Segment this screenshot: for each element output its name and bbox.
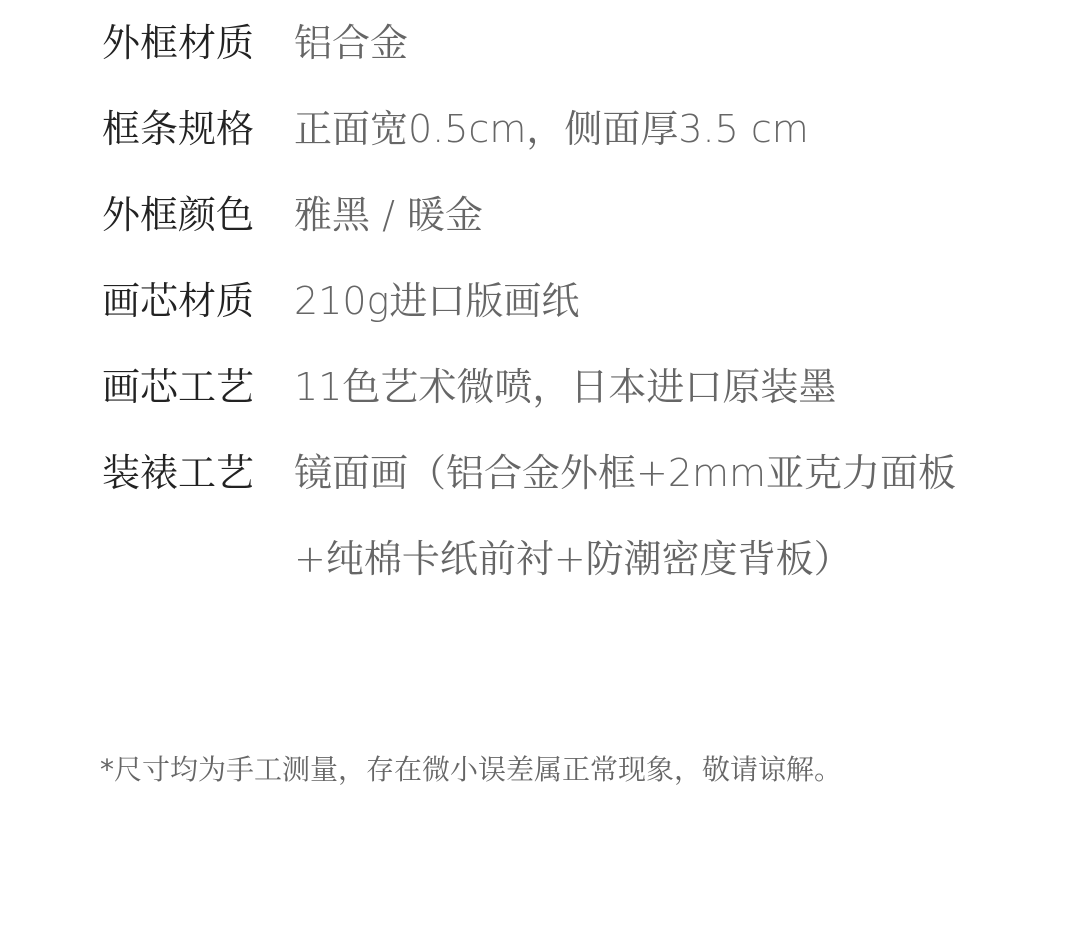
spec-row-core-craft: 画芯工艺 11色艺术微喷，日本进口原装墨: [102, 366, 1062, 409]
spec-value-line: 铝合金: [294, 22, 1062, 65]
spec-label: 框条规格: [102, 108, 294, 151]
spec-value: 雅黑 / 暖金: [294, 194, 1062, 237]
spec-value: 铝合金: [294, 22, 1062, 65]
spec-row-frame-spec: 框条规格 正面宽0.5cm，侧面厚3.5 cm: [102, 108, 1062, 151]
spec-value-line: 镜面画（铝合金外框+2mm亚克力面板: [294, 452, 1062, 495]
spec-value: 镜面画（铝合金外框+2mm亚克力面板 +纯棉卡纸前衬+防潮密度背板）: [294, 452, 1062, 581]
spec-row-mounting-craft: 装裱工艺 镜面画（铝合金外框+2mm亚克力面板 +纯棉卡纸前衬+防潮密度背板）: [102, 452, 1062, 581]
spec-row-core-material: 画芯材质 210g进口版画纸: [102, 280, 1062, 323]
spec-label: 画芯工艺: [102, 366, 294, 409]
spec-value: 11色艺术微喷，日本进口原装墨: [294, 366, 1062, 409]
spec-row-frame-material: 外框材质 铝合金: [102, 22, 1062, 65]
spec-label: 外框颜色: [102, 194, 294, 237]
spec-label: 画芯材质: [102, 280, 294, 323]
spec-label: 装裱工艺: [102, 452, 294, 495]
spec-list: 外框材质 铝合金 框条规格 正面宽0.5cm，侧面厚3.5 cm 外框颜色 雅黑…: [102, 22, 1062, 624]
disclaimer-note: *尺寸均为手工测量，存在微小误差属正常现象，敬请谅解。: [100, 752, 842, 788]
spec-value-line: 雅黑 / 暖金: [294, 194, 1062, 237]
spec-label: 外框材质: [102, 22, 294, 65]
spec-row-frame-color: 外框颜色 雅黑 / 暖金: [102, 194, 1062, 237]
spec-value-line: 11色艺术微喷，日本进口原装墨: [294, 366, 1062, 409]
spec-value-line: 正面宽0.5cm，侧面厚3.5 cm: [294, 108, 1062, 151]
spec-value: 210g进口版画纸: [294, 280, 1062, 323]
spec-value-line: +纯棉卡纸前衬+防潮密度背板）: [294, 538, 1062, 581]
spec-value: 正面宽0.5cm，侧面厚3.5 cm: [294, 108, 1062, 151]
spec-value-line: 210g进口版画纸: [294, 280, 1062, 323]
